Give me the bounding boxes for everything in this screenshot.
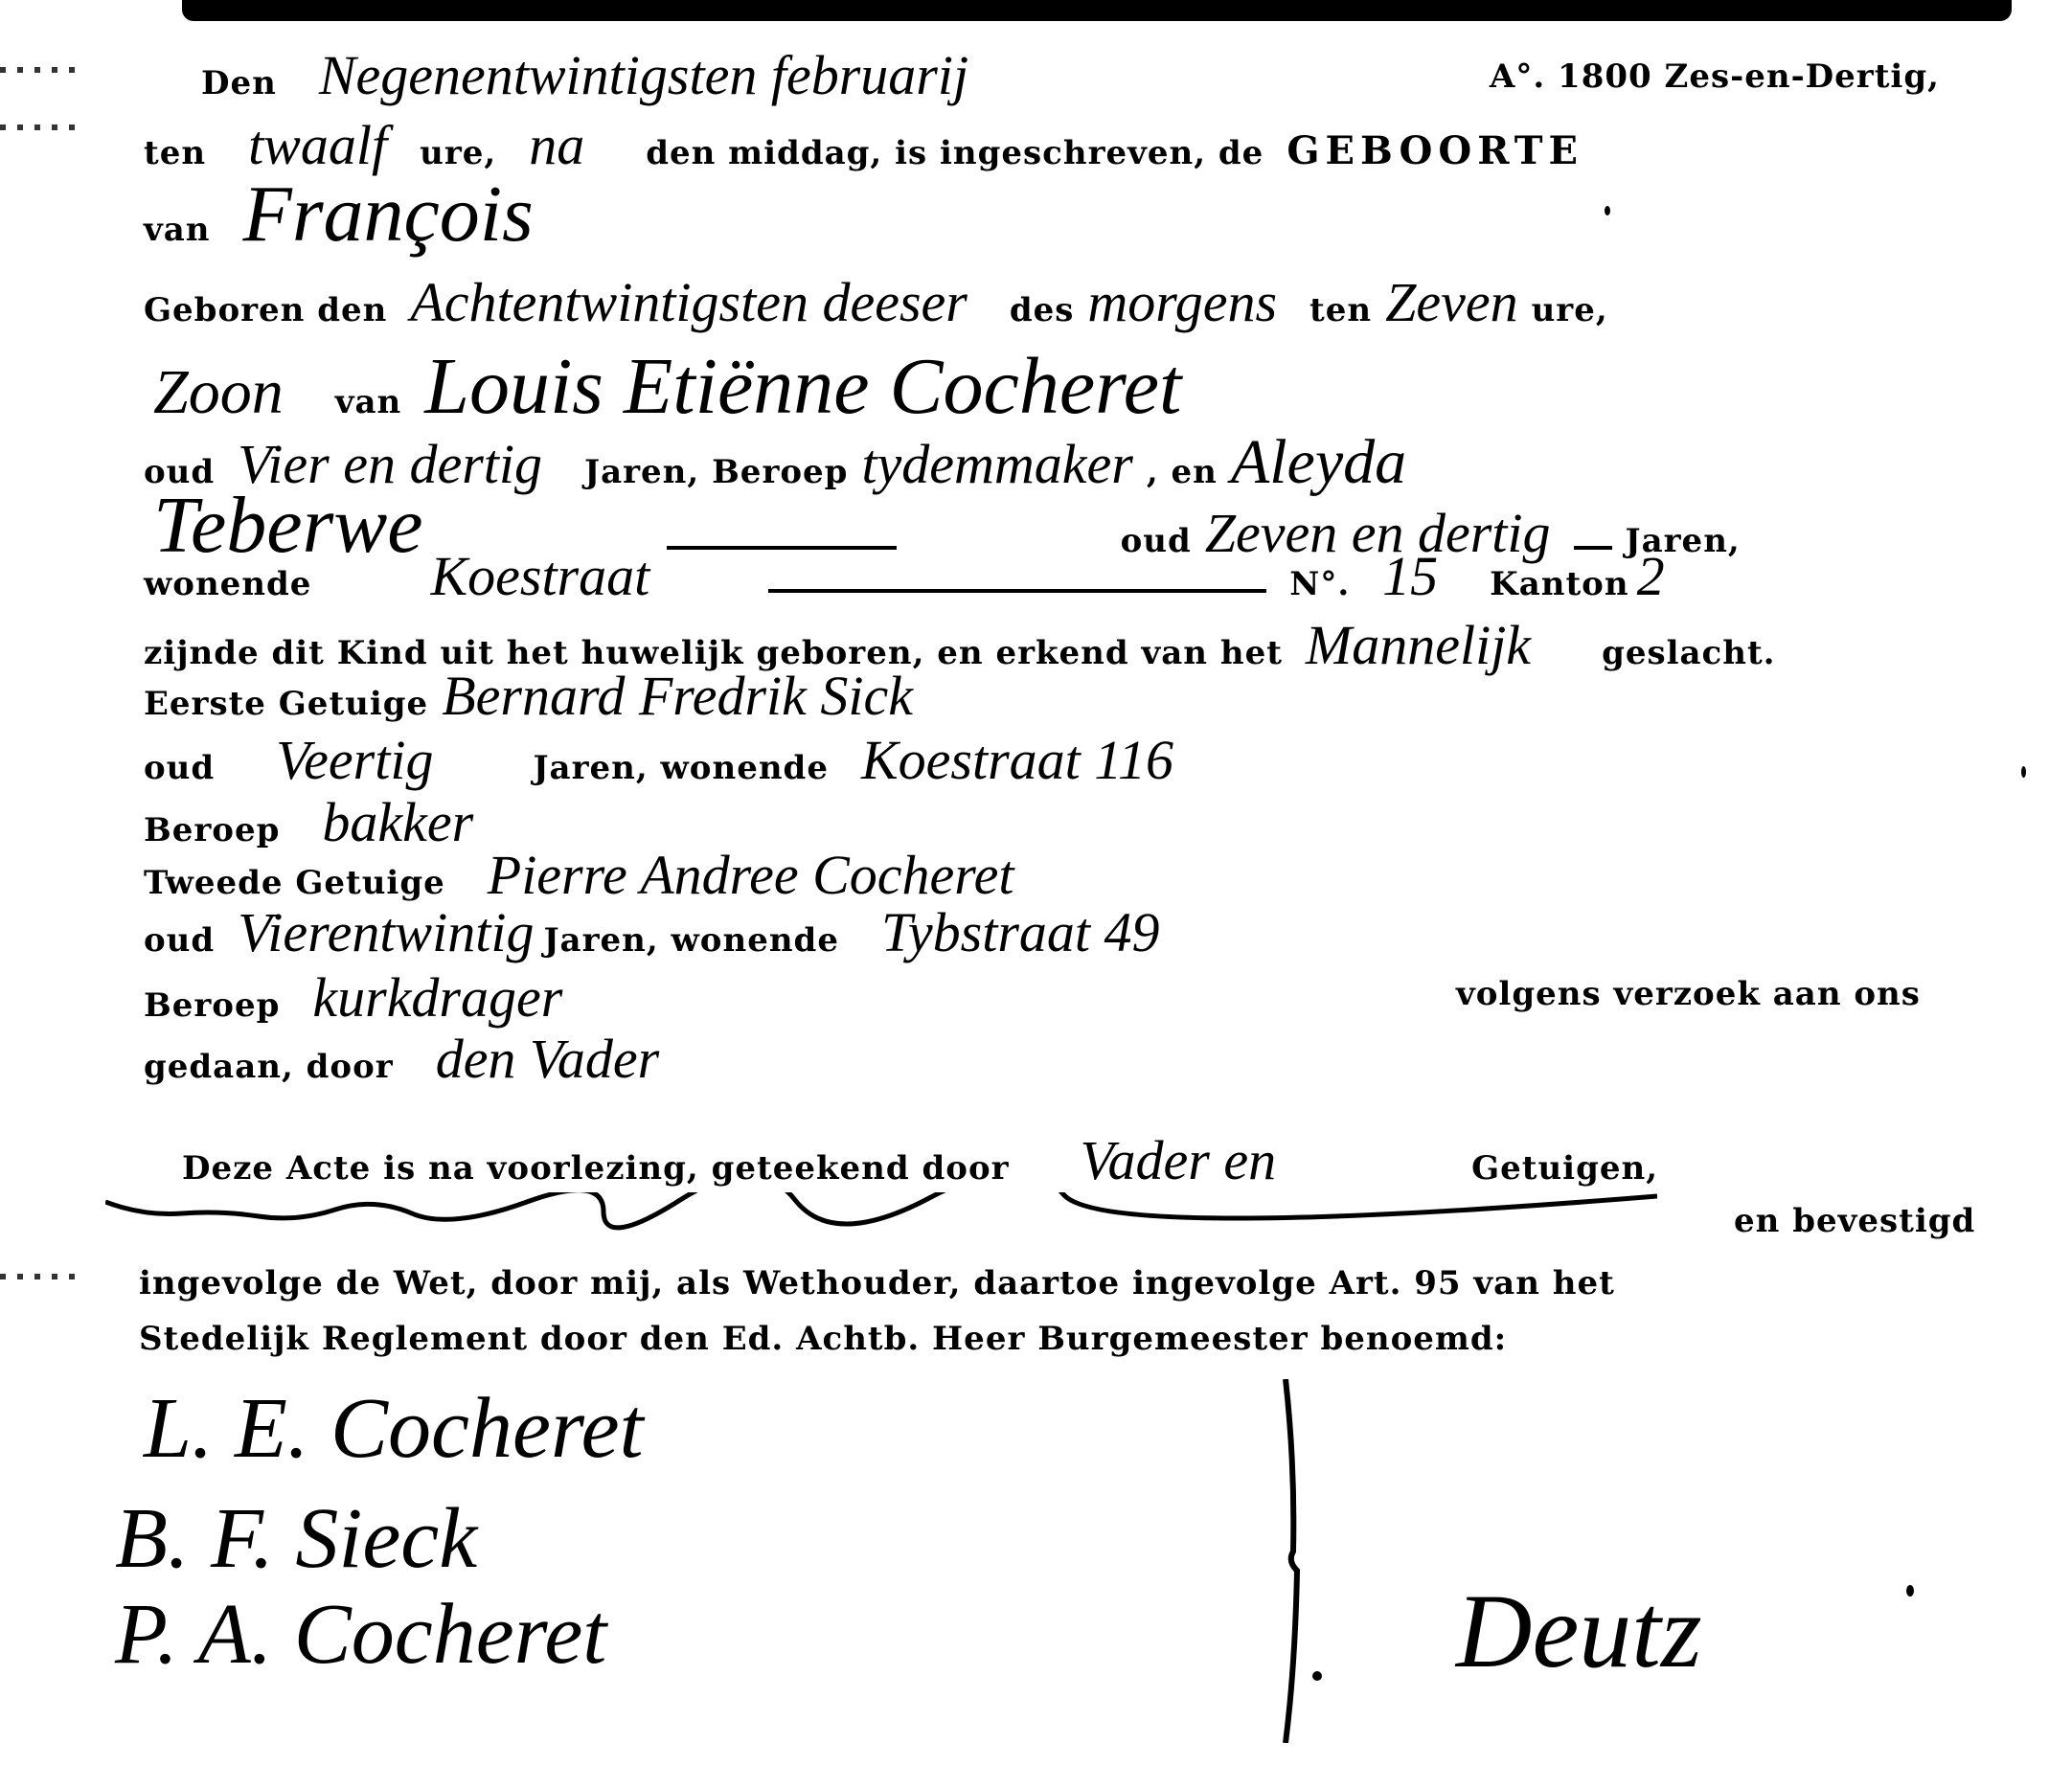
printed-geboorte: GEBOORTE [1286, 128, 1583, 173]
signature-father: L. E. Cocheret [144, 1379, 644, 1478]
handwritten-witness1-name: Bernard Fredrik Sick [442, 665, 913, 727]
handwritten-declarant: den Vader [436, 1028, 660, 1090]
printed-beroep: Beroep [144, 986, 280, 1025]
handwritten-witness2-address: Tybstraat 49 [881, 901, 1160, 963]
line-year: A°. 1800 Zes-en-Dertig, [1490, 57, 1940, 96]
printed-year: A°. 1800 Zes-en-Dertig, [1490, 57, 1940, 96]
handwritten-signers: Vader en [1081, 1129, 1277, 1191]
handwritten-kanton-number: 2 [1637, 545, 1665, 607]
ink-speck [1906, 1585, 1914, 1596]
line-second-witness: Tweede Getuige Pierre Andree Cocheret [144, 843, 1014, 907]
line-residence: wonende Koestraat N°. 15 Kanton 2 [144, 544, 1665, 608]
printed-ure: ure, [1532, 291, 1608, 329]
handwritten-birth-day: Achtentwintigsten deeser [410, 271, 967, 333]
printed-wonende: wonende [144, 565, 311, 603]
printed-tweede-getuige: Tweede Getuige [144, 864, 445, 902]
printed-ure: ure, [420, 134, 496, 172]
handwritten-morgens: morgens [1087, 271, 1277, 333]
handwritten-birth-hour: Zeven [1385, 271, 1518, 333]
handwritten-na: na [529, 114, 584, 176]
handwritten-sex: Mannelijk [1306, 614, 1531, 676]
handwritten-street: Koestraat [430, 545, 649, 607]
printed-den: Den [201, 64, 277, 102]
wavy-fill-line [105, 1192, 1657, 1231]
line-son-of: Zoon van Louis Etiënne Cocheret [153, 340, 1181, 433]
line-witness1-age: oud Veertig Jaren, wonende Koestraat 116 [144, 728, 1173, 792]
printed-registered: den middag, is ingeschreven, de [646, 134, 1264, 172]
printed-geslacht: geslacht. [1602, 634, 1775, 672]
printed-des: des [1010, 291, 1075, 329]
top-border-rule [182, 0, 2012, 21]
line-signed-by: Deze Acte is na voorlezing, geteekend do… [182, 1128, 1658, 1192]
signature-witness1: B. F. Sieck [115, 1489, 477, 1588]
printed-volgens-verzoek: volgens verzoek aan ons [1456, 975, 1921, 1013]
line-born: Geboren den Achtentwintigsten deeser des… [144, 270, 1608, 334]
line-declarant: gedaan, door den Vader [144, 1027, 659, 1091]
handwritten-zoon: Zoon [153, 357, 284, 427]
printed-eerste-getuige: Eerste Getuige [144, 685, 428, 723]
printed-ten: ten [1309, 291, 1372, 329]
line-date: Den Negenentwintigsten februarij [201, 43, 968, 107]
printed-reglement: Stedelijk Reglement door den Ed. Achtb. … [139, 1320, 1507, 1358]
handwritten-house-number: 15 [1382, 545, 1438, 607]
printed-gedaan-door: gedaan, door [144, 1048, 394, 1086]
line-first-witness: Eerste Getuige Bernard Fredrik Sick [144, 664, 913, 728]
handwritten-child-name: François [243, 170, 534, 259]
handwritten-witness1-address: Koestraat 116 [861, 729, 1173, 791]
line-witness2-age: oud Vierentwintig Jaren, wonende Tybstra… [144, 900, 1160, 964]
printed-nummer: N°. [1289, 565, 1350, 603]
printed-deze-acte: Deze Acte is na voorlezing, geteekend do… [182, 1149, 1010, 1188]
printed-van: van [335, 383, 402, 421]
printed-ingevolge-de-wet: ingevolge de Wet, door mij, als Wethoude… [139, 1264, 1615, 1302]
margin-noise [0, 125, 86, 130]
handwritten-father-name: Louis Etiënne Cocheret [424, 342, 1181, 431]
printed-jaren-wonende: Jaren, wonende [533, 749, 828, 787]
printed-getuigen: Getuigen, [1471, 1149, 1658, 1188]
birth-certificate-page: Den Negenentwintigsten februarij A°. 180… [0, 0, 2072, 1766]
printed-ten: ten [144, 134, 206, 172]
printed-kanton: Kanton [1490, 565, 1628, 603]
handwritten-witness1-age: Veertig [276, 729, 433, 791]
printed-van: van [144, 211, 211, 249]
margin-noise [0, 1274, 86, 1279]
line-confirmed: en bevestigd [1734, 1202, 1975, 1240]
line-regulation: Stedelijk Reglement door den Ed. Achtb. … [139, 1320, 1507, 1358]
printed-geboren-den: Geboren den [144, 291, 387, 329]
signature-official: Deutz [1456, 1571, 1702, 1692]
printed-oud: oud [144, 749, 215, 787]
printed-oud: oud [144, 921, 215, 960]
handwritten-witness2-age: Vierentwintig [238, 901, 534, 963]
line-law: ingevolge de Wet, door mij, als Wethoude… [139, 1264, 1615, 1302]
ink-speck [1312, 1671, 1322, 1681]
printed-jaren-wonende: Jaren, wonende [543, 921, 838, 960]
signature-witness2: P. A. Cocheret [115, 1585, 606, 1684]
printed-en-bevestigd: en bevestigd [1734, 1202, 1975, 1240]
blank-line [768, 589, 1266, 593]
handwritten-witness2-occupation: kurkdrager [312, 966, 562, 1029]
line-request: volgens verzoek aan ons [1456, 975, 1921, 1013]
handwritten-date-day: Negenentwintigsten februarij [319, 44, 968, 106]
line-child-name: van François [144, 168, 534, 260]
brace-divider [1274, 1379, 1303, 1743]
handwritten-witness2-name: Pierre Andree Cocheret [488, 844, 1014, 906]
line-witness2-occupation: Beroep kurkdrager [144, 965, 562, 1030]
ink-speck [2021, 766, 2026, 778]
ink-speck [1605, 206, 1610, 215]
margin-noise [0, 67, 86, 73]
